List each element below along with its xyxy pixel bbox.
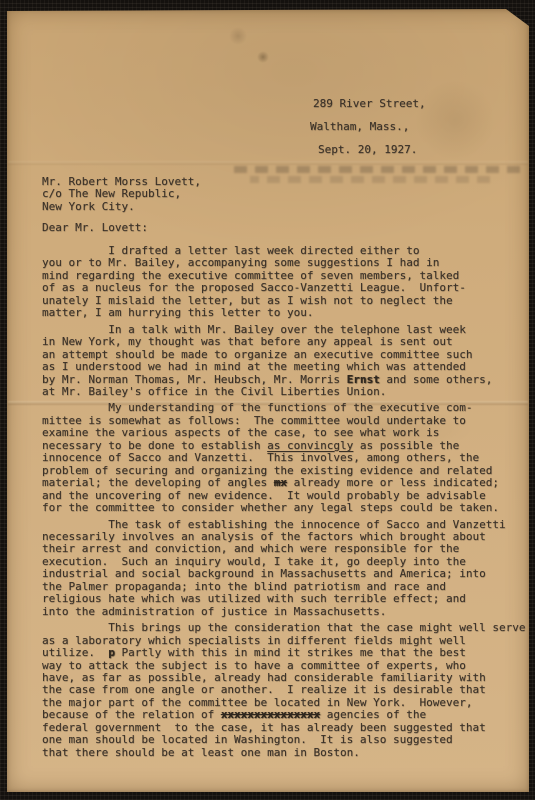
salutation: Dear Mr. Lovett:: [42, 222, 148, 234]
paragraph: This brings up the consideration that th…: [42, 622, 525, 759]
typewritten-line: matter, I am hurrying this letter to you…: [42, 307, 525, 319]
typewritten-line: New York City.: [42, 201, 201, 213]
typewritten-line: utilize. p Partly with this in mind it s…: [42, 647, 525, 659]
paragraph: In a talk with Mr. Bailey over the telep…: [42, 324, 525, 399]
typewritten-line: material; the developing of angles mx al…: [42, 477, 525, 489]
typewritten-line: for the committee to consider whether an…: [42, 502, 525, 514]
ink-bleed-through: [232, 166, 520, 173]
date-block: 289 River Street,Waltham, Mass.,Sept. 20…: [310, 92, 426, 161]
overstruck-text: Ernst: [347, 373, 380, 386]
overstruck-text: p: [108, 646, 115, 659]
typewritten-line: into the administration of justice in Ma…: [42, 606, 525, 618]
typewritten-line: one man should be located in Washington.…: [42, 734, 525, 746]
ink-bleed-through: [250, 176, 490, 183]
paragraph: I drafted a letter last week directed ei…: [42, 245, 525, 320]
struck-out-text: xxxxxxxxxxxxxxx: [221, 708, 320, 721]
typewritten-line: religious hate which was utilized with s…: [42, 593, 525, 605]
typewritten-line: because of the relation of xxxxxxxxxxxxx…: [42, 709, 525, 721]
letter-body: I drafted a letter last week directed ei…: [42, 245, 525, 763]
salutation-text: Dear Mr. Lovett:: [42, 222, 148, 234]
letter-scan-page: { "letter": { "date_block": { "lines": […: [0, 0, 535, 800]
typewritten-line: industrial and social background in Mass…: [42, 568, 525, 580]
struck-out-text: mx: [274, 476, 287, 489]
typewritten-line: Sept. 20, 1927.: [318, 138, 426, 161]
paragraph: My understanding of the functions of the…: [42, 402, 525, 514]
recipient-address: Mr. Robert Morss Lovett,c/o The New Repu…: [42, 176, 201, 213]
typewritten-line: This brings up the consideration that th…: [42, 622, 525, 634]
typewritten-line: in New York, my thought was that before …: [42, 336, 525, 348]
typewritten-line: that there should be at least one man in…: [42, 747, 525, 759]
typewritten-line: as I understood we had in mind at the me…: [42, 361, 525, 373]
typewritten-line: at Mr. Bailey's office in the Civil Libe…: [42, 386, 525, 398]
typewritten-line: innocence of Sacco and Vanzetti. This in…: [42, 452, 525, 464]
typewritten-line: their arrest and conviction, and which w…: [42, 543, 525, 555]
fold-crease: [8, 161, 528, 165]
paragraph: The task of establishing the innocence o…: [42, 519, 525, 619]
typewritten-line: 289 River Street,: [313, 92, 426, 115]
underlined-text: as convincgly: [267, 439, 353, 452]
typewritten-line: Waltham, Mass.,: [310, 115, 426, 138]
typewritten-line: of as a nucleus for the proposed Sacco-V…: [42, 282, 525, 294]
typewritten-line: the case from one angle or another. I re…: [42, 684, 525, 696]
